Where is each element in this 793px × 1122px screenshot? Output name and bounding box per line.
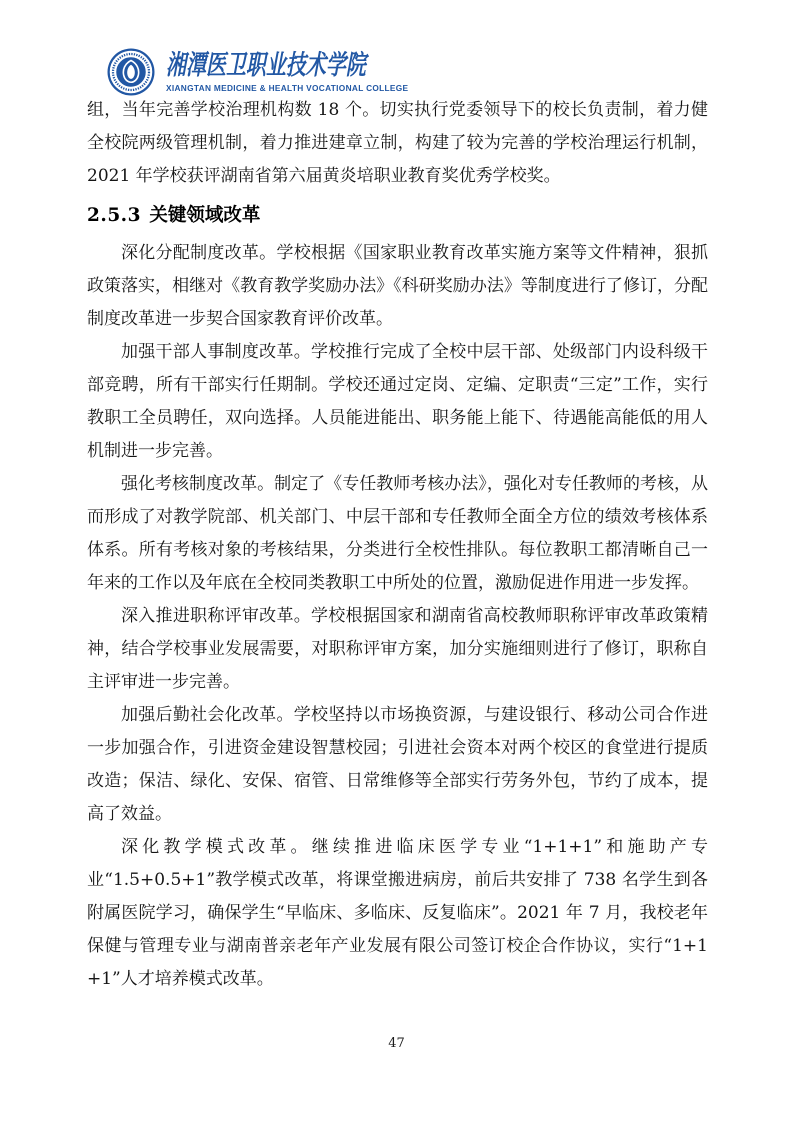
document-body: 组，当年完善学校治理机构数 18 个。切实执行党委领导下的校长负责制，着力健全校… — [87, 94, 708, 996]
continuation-paragraph: 组，当年完善学校治理机构数 18 个。切实执行党委领导下的校长负责制，着力健全校… — [87, 94, 708, 193]
college-name-block: 湘潭医卫职业技术学院 XIANGTAN MEDICINE & HEALTH VO… — [166, 47, 436, 93]
college-header: 湘潭医卫职业技术学院 XIANGTAN MEDICINE & HEALTH VO… — [106, 47, 436, 101]
section-heading-title: 关键领域改革 — [149, 205, 260, 226]
page-footer: 47 — [0, 1034, 793, 1054]
college-name-zh: 湘潭医卫职业技术学院 — [166, 52, 366, 80]
section-paragraphs: 深化分配制度改革。学校根据《国家职业教育改革实施方案等文件精神，狠抓政策落实，相… — [87, 237, 708, 996]
paragraph: 深化分配制度改革。学校根据《国家职业教育改革实施方案等文件精神，狠抓政策落实，相… — [87, 237, 708, 336]
paragraph: 加强后勤社会化改革。学校坚持以市场换资源，与建设银行、移动公司合作进一步加强合作… — [87, 699, 708, 831]
paragraph: 深化教学模式改革。继续推进临床医学专业“1+1+1”和施助产专业“1.5+0.5… — [87, 831, 708, 996]
paragraph: 加强干部人事制度改革。学校推行完成了全校中层干部、处级部门内设科级干部竞聘，所有… — [87, 336, 708, 468]
college-seal-icon — [106, 47, 156, 101]
paragraph: 深入推进职称评审改革。学校根据国家和湖南省高校教师职称评审改革政策精神，结合学校… — [87, 600, 708, 699]
section-heading-number: 2.5.3 — [87, 205, 141, 226]
college-name-en: XIANGTAN MEDICINE & HEALTH VOCATIONAL CO… — [166, 83, 436, 93]
paragraph: 强化考核制度改革。制定了《专任教师考核办法》，强化对专任教师的考核，从而形成了对… — [87, 468, 708, 600]
section-heading: 2.5.3关键领域改革 — [87, 201, 708, 231]
page-number: 47 — [388, 1036, 405, 1051]
